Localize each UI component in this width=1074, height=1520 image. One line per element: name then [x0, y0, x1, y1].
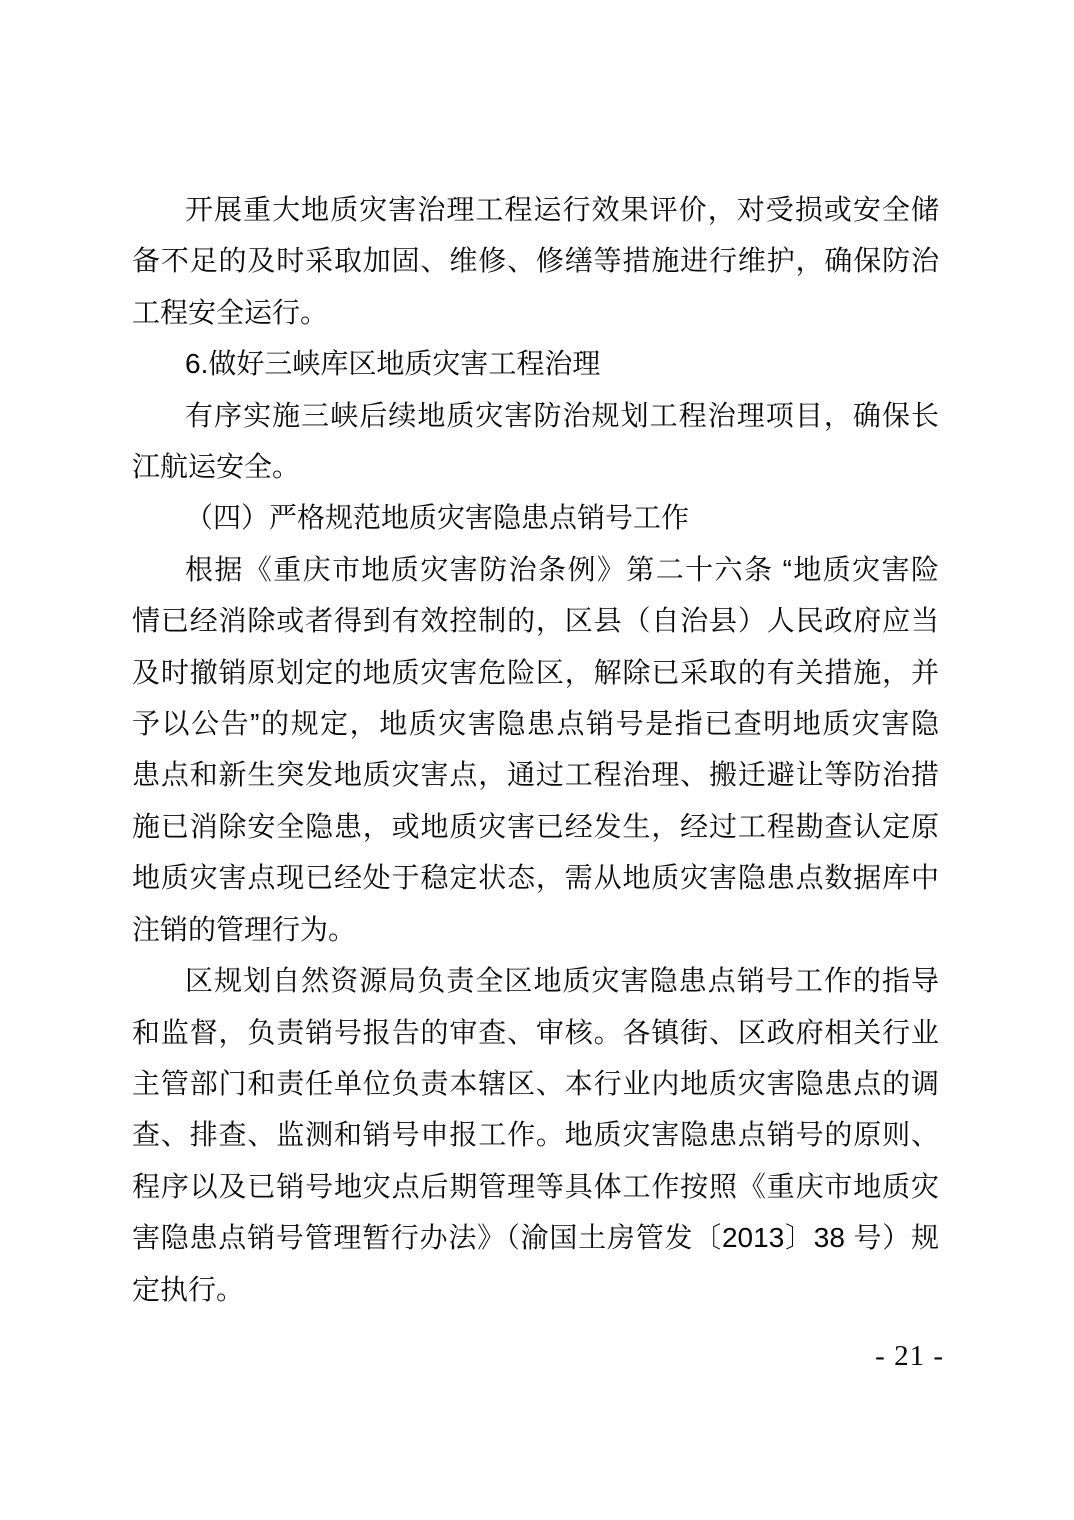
page-number: - 21 - — [875, 1340, 944, 1373]
text-line: 和监督，负责销号报告的审查、审核。各镇街、区政府相关行业 — [132, 1007, 939, 1058]
text-line: 江航运安全。 — [132, 441, 939, 492]
text-line: 备不足的及时采取加固、维修、修缮等措施进行维护，确保防治 — [132, 235, 939, 286]
text-line: 施已消除安全隐患，或地质灾害已经发生，经过工程勘查认定原 — [132, 801, 939, 852]
text-line: 查、排查、监测和销号申报工作。地质灾害隐患点销号的原则、 — [132, 1109, 939, 1160]
text-line: 区规划自然资源局负责全区地质灾害隐患点销号工作的指导 — [132, 955, 939, 1006]
text-line: 情已经消除或者得到有效控制的，区县（自治县）人民政府应当 — [132, 595, 939, 646]
text-line: 及时撤销原划定的地质灾害危险区，解除已采取的有关措施，并 — [132, 647, 939, 698]
text-line: 注销的管理行为。 — [132, 904, 939, 955]
text-line: 根据《重庆市地质灾害防治条例》第二十六条 “地质灾害险 — [132, 544, 939, 595]
text-line: 地质灾害点现已经处于稳定状态，需从地质灾害隐患点数据库中 — [132, 852, 939, 903]
text-line: 工程安全运行。 — [132, 287, 939, 338]
document-page: 开展重大地质灾害治理工程运行效果评价，对受损或安全储备不足的及时采取加固、维修、… — [0, 0, 1074, 1520]
text-line: 程序以及已销号地灾点后期管理等具体工作按照《重庆市地质灾 — [132, 1161, 939, 1212]
text-line: 定执行。 — [132, 1264, 939, 1315]
text-line: 开展重大地质灾害治理工程运行效果评价，对受损或安全储 — [132, 184, 939, 235]
text-line: 予以公告”的规定，地质灾害隐患点销号是指已查明地质灾害隐 — [132, 698, 939, 749]
text-line: 患点和新生突发地质灾害点，通过工程治理、搬迁避让等防治措 — [132, 749, 939, 800]
text-line: 害隐患点销号管理暂行办法》（渝国土房管发〔2013〕38 号）规 — [132, 1212, 939, 1263]
document-body: 开展重大地质灾害治理工程运行效果评价，对受损或安全储备不足的及时采取加固、维修、… — [132, 184, 939, 1315]
text-line: 主管部门和责任单位负责本辖区、本行业内地质灾害隐患点的调 — [132, 1058, 939, 1109]
text-line: 有序实施三峡后续地质灾害防治规划工程治理项目，确保长 — [132, 390, 939, 441]
text-line: 6.做好三峡库区地质灾害工程治理 — [132, 338, 939, 389]
text-line: （四）严格规范地质灾害隐患点销号工作 — [132, 492, 939, 543]
